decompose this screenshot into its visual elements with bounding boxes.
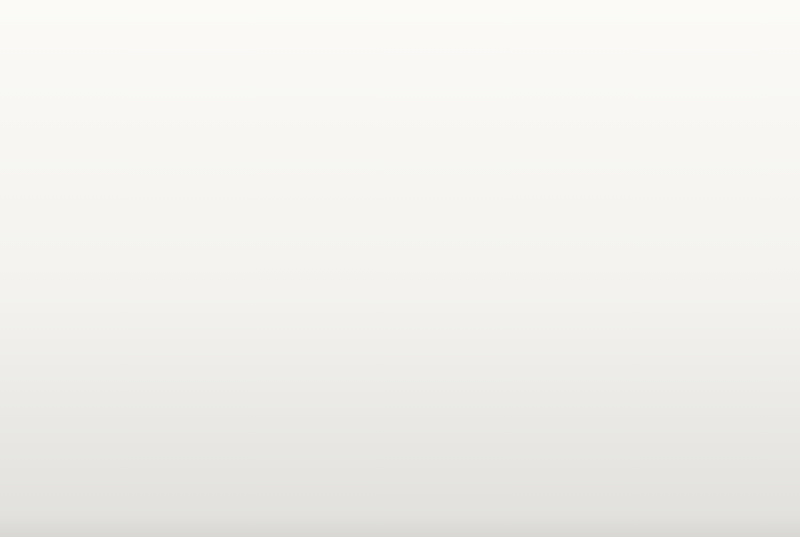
bottom-right-stain — [694, 430, 796, 530]
bottom-left-stain — [0, 476, 92, 527]
corner-stain-spots — [0, 1, 50, 62]
faint-bleedthrough-marks — [34, 172, 761, 472]
photo-back-scan — [0, 0, 800, 537]
aged-paper-card — [0, 0, 800, 537]
bottom-stain — [330, 495, 546, 529]
ink-dot — [174, 312, 179, 317]
flourish-swirl-icon — [303, 250, 395, 316]
crease-lines — [652, 4, 790, 150]
